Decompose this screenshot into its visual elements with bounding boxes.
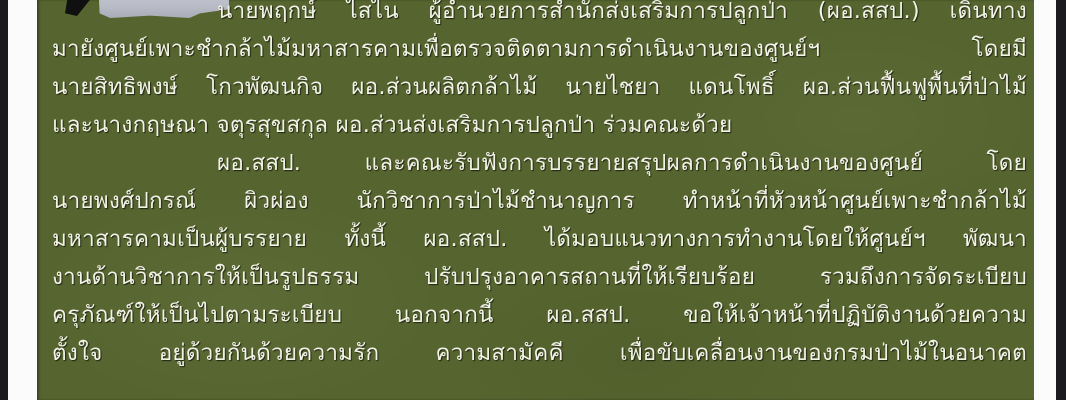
text-line: ผอ.สสป. และคณะรับฟังการบรรยายสรุปผลการดำ… (52, 144, 1027, 182)
screenshot-frame: นายพฤกษ์ ไสไน ผู้อำนวยการสำนักส่งเสริมกา… (0, 0, 1066, 400)
page-margin-right (1034, 0, 1056, 400)
text-line: นายพงศ์ปกรณ์ ผิวผ่อง นักวิชาการป่าไม้ชำน… (52, 182, 1027, 220)
article-body: นายพฤกษ์ ไสไน ผู้อำนวยการสำนักส่งเสริมกา… (52, 0, 1027, 372)
page-margin-left (8, 0, 38, 400)
text-line: นายสิทธิพงษ์ โกวพัฒนกิจ ผอ.ส่วนผลิตกล้าไ… (52, 68, 1027, 106)
paragraph-1: นายพฤกษ์ ไสไน ผู้อำนวยการสำนักส่งเสริมกา… (52, 0, 1027, 144)
text-line: มหาสารคามเป็นผู้บรรยาย ทั้งนี้ ผอ.สสป. ไ… (52, 220, 1027, 258)
text-line: และนางกฤษณา จตุรสุขสกุล ผอ.ส่วนส่งเสริมก… (52, 106, 1027, 144)
paragraph-2: ผอ.สสป. และคณะรับฟังการบรรยายสรุปผลการดำ… (52, 144, 1027, 372)
text-line: ครุภัณฑ์ให้เป็นไปตามระเบียบ นอกจากนี้ ผอ… (52, 296, 1027, 334)
text-line: มายังศูนย์เพาะชำกล้าไม้มหาสารคามเพื่อตรว… (52, 30, 1027, 68)
text-line: ตั้งใจ อยู่ด้วยกันด้วยความรัก ความสามัคค… (52, 334, 1027, 372)
news-panel: นายพฤกษ์ ไสไน ผู้อำนวยการสำนักส่งเสริมกา… (37, 0, 1034, 400)
text-line: งานด้านวิชาการให้เป็นรูปธรรม ปรับปรุงอาค… (52, 258, 1027, 296)
text-line: นายพฤกษ์ ไสไน ผู้อำนวยการสำนักส่งเสริมกา… (52, 0, 1027, 30)
